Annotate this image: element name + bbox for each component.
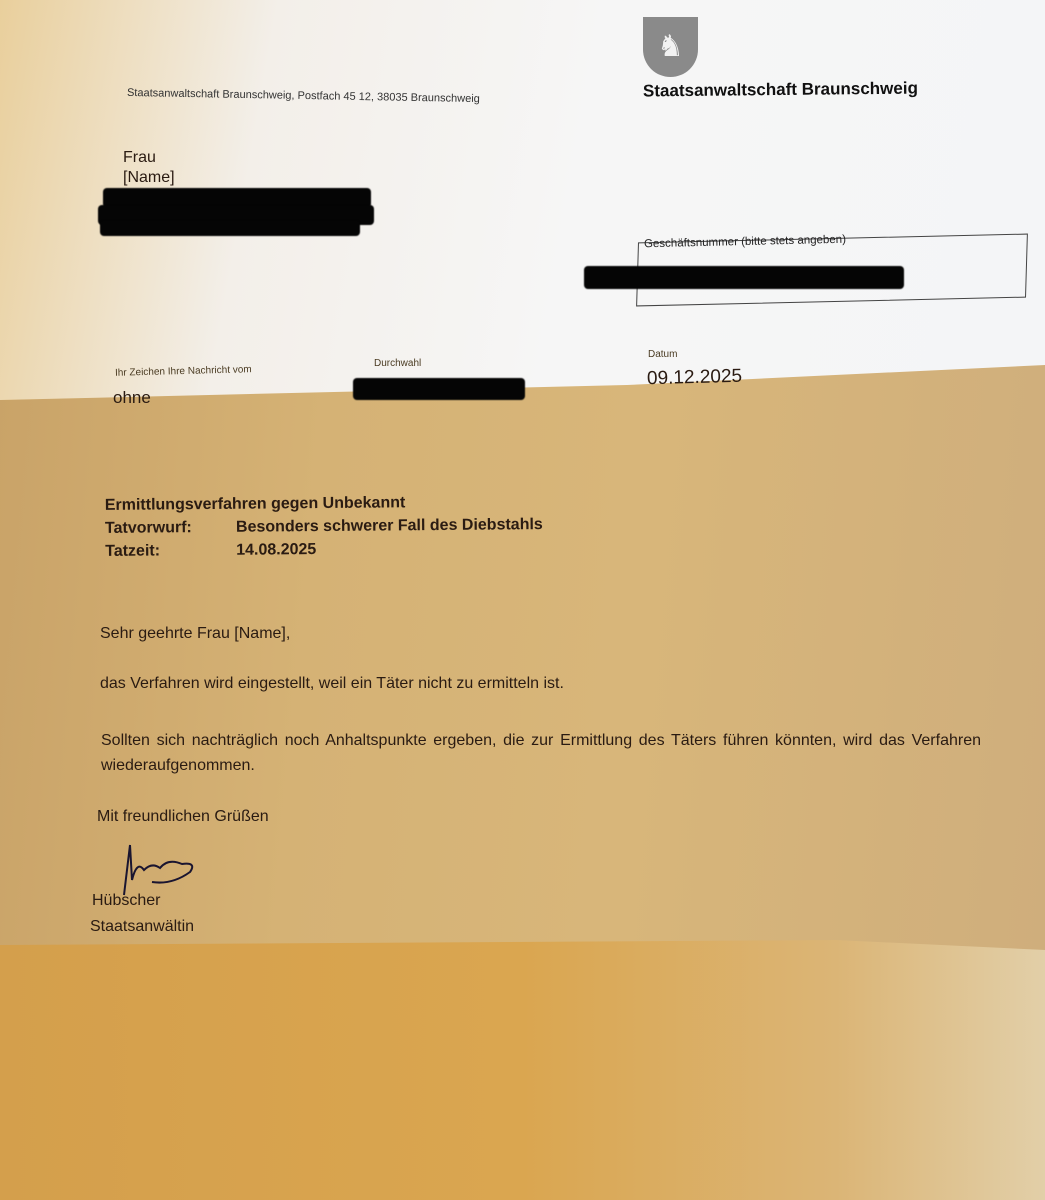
- redacted-address-line-3: [100, 220, 360, 236]
- date-label: Datum: [648, 349, 677, 360]
- horse-crest-icon: ♞: [643, 17, 698, 77]
- envelope-background: [0, 935, 1045, 1200]
- date-value: 09.12.2025: [647, 366, 743, 390]
- subject-row-charge: Tatvorwurf: Besonders schwerer Fall des …: [105, 513, 543, 540]
- subject-row-date: Tatzeit: 14.08.2025: [105, 536, 543, 563]
- signatory-title: Staatsanwältin: [90, 918, 194, 936]
- offence-date-value: 14.08.2025: [236, 538, 316, 562]
- paragraph-1: das Verfahren wird eingestellt, weil ein…: [100, 675, 564, 693]
- paragraph-2: Sollten sich nachträglich noch Anhaltspu…: [101, 728, 981, 778]
- your-reference-value: ohne: [113, 388, 151, 408]
- phone-extension-label: Durchwahl: [374, 358, 421, 369]
- redacted-reference-number: [584, 266, 904, 289]
- subject-block: Ermittlungsverfahren gegen Unbekannt Tat…: [105, 490, 543, 563]
- charge-value: Besonders schwerer Fall des Diebstahls: [236, 513, 543, 539]
- closing: Mit freundlichen Grüßen: [97, 808, 269, 826]
- charge-label: Tatvorwurf:: [105, 516, 236, 540]
- authority-name: Staatsanwaltschaft Braunschweig: [643, 79, 918, 102]
- recipient-block: Frau [Name]: [123, 148, 175, 188]
- recipient-salutation: Frau: [123, 148, 175, 168]
- offence-date-label: Tatzeit:: [105, 539, 236, 563]
- signatory-name: Hübscher: [92, 892, 160, 910]
- greeting: Sehr geehrte Frau [Name],: [100, 625, 290, 643]
- redacted-phone-extension: [353, 378, 525, 400]
- recipient-name: [Name]: [123, 168, 175, 188]
- signature-icon: [112, 840, 212, 900]
